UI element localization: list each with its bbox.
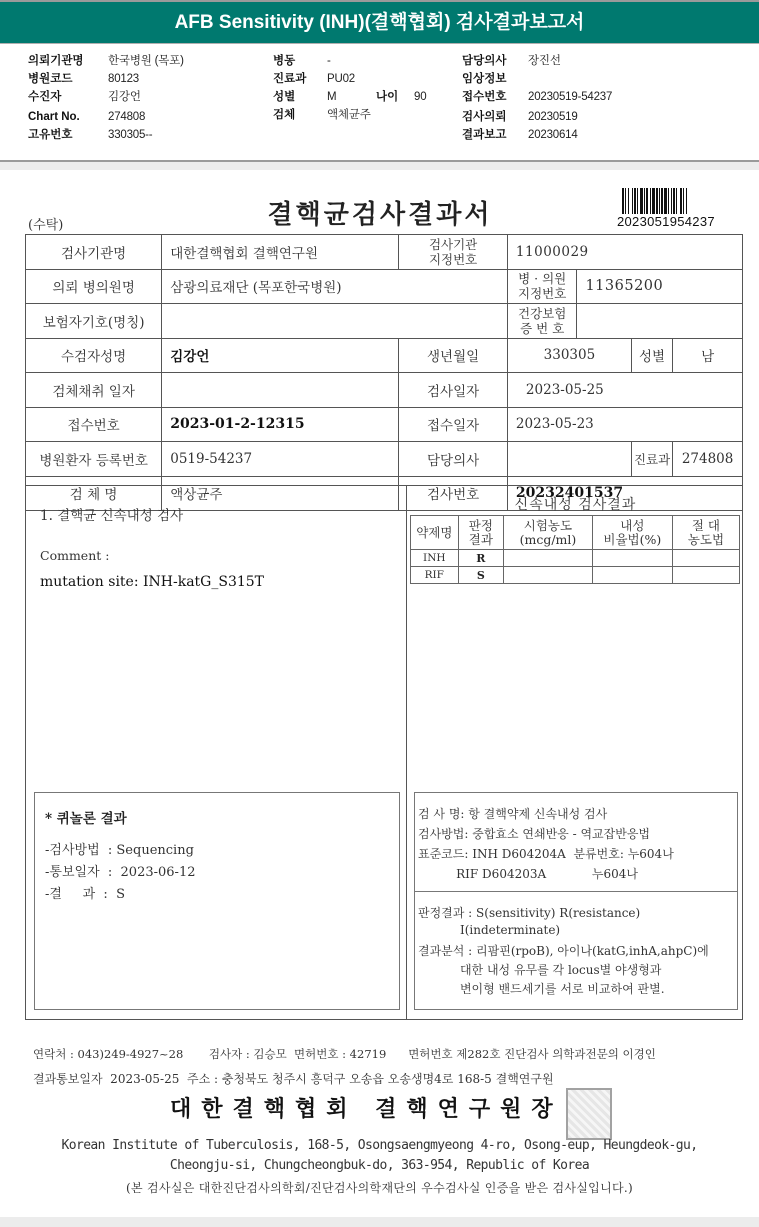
column-header: 약제명 (411, 516, 459, 550)
cell-value: 0519-54237 (162, 442, 399, 477)
quinolone-title: * 퀴놀론 결과 (45, 807, 127, 827)
cell-label: 진료과 (631, 442, 672, 477)
barcode-number: 2023051954237 (617, 214, 715, 229)
info-label: 병동 (273, 52, 327, 70)
info-label: 접수번호 (462, 88, 528, 106)
table-row: 수검자성명 김강언 생년월일 330305 성별 남 (26, 338, 743, 373)
info-label: 검체 (273, 106, 327, 124)
cell-value (162, 373, 399, 408)
standard-code-rif: RIF D604203A 누604나 (418, 865, 638, 882)
cell-value: 2023-01-2-12315 (162, 407, 399, 442)
table-row: 의뢰 병의원명 삼광의료재단 (목포한국병원) 병 · 의원 지정번호 1136… (26, 269, 743, 304)
cell-value: 330305 (507, 338, 631, 373)
cell-label: 성별 (631, 338, 672, 373)
info-label: 수진자 (28, 88, 108, 106)
english-address-line1: Korean Institute of Tuberculosis, 168-5,… (0, 1138, 759, 1153)
drug-name: INH (411, 550, 459, 567)
cell-value: 대한결핵협회 결핵연구원 (162, 235, 399, 270)
info-value: 20230614 (528, 126, 578, 144)
info-value: 20230519 (528, 108, 578, 126)
cell-value: 김강언 (162, 338, 399, 373)
cell-value: 274808 (673, 442, 743, 477)
interpretation-line: I(indeterminate) (418, 923, 560, 937)
info-institution: 의뢰기관명한국병원 (목포) (28, 52, 184, 70)
info-value: 액체균주 (327, 106, 371, 124)
info-grid-table: 검사기관명 대한결핵협회 결핵연구원 검사기관 지정번호 11000029 의뢰… (25, 234, 743, 511)
info-department: 진료과PU02 (273, 70, 355, 88)
cell-label: 수검자성명 (26, 338, 162, 373)
info-label: 담당의사 (462, 52, 528, 70)
sensitivity-table: 약제명 판정 결과 시험농도 (mcg/ml) 내성 비율법(%) 절 대 농도… (410, 515, 740, 584)
info-unique-no: 고유번호330305-- (28, 126, 152, 144)
table-row: 검체채취 일자 검사일자 2023-05-25 (26, 373, 743, 408)
column-header: 절 대 농도법 (672, 516, 739, 550)
scan-frame-top (0, 162, 759, 170)
drug-name: RIF (411, 567, 459, 584)
interpretation-line: 결과분석 : 리팜핀(rpoB), 아이나(katG,inhA,ahpC)에 (418, 942, 709, 959)
consignment-label: (수탁) (28, 214, 63, 233)
info-value: 한국병원 (목포) (108, 52, 184, 70)
info-label: 결과보고 (462, 126, 528, 144)
cell-label: 담당의사 (399, 442, 508, 477)
test-method: 검사방법: 중합효소 연쇄반응 - 역교잡반응법 (418, 825, 650, 842)
interpretation-line: 판정결과 : S(sensitivity) R(resistance) (418, 904, 640, 921)
info-value: 80123 (108, 70, 139, 88)
info-ward: 병동- (273, 52, 331, 70)
info-value: 330305-- (108, 126, 152, 144)
test-name: 검 사 명: 항 결핵약제 신속내성 검사 (418, 805, 607, 822)
info-value: 장진선 (528, 52, 561, 70)
cell-label: 보험자기호(명칭) (26, 304, 162, 339)
drug-result: S (458, 567, 503, 584)
info-value: 274808 (108, 108, 145, 126)
label-line: 검사기관 지정번호 (402, 237, 504, 267)
section-title: 1. 결핵균 신속내성 검사 (40, 504, 183, 524)
info-hospital-code: 병원코드80123 (28, 70, 139, 88)
cell-value: 삼광의료재단 (목포한국병원) (162, 269, 508, 304)
report-title: AFB Sensitivity (INH)(결핵협회) 검사결과보고서 (0, 2, 759, 43)
quinolone-method: -검사방법 : Sequencing (45, 839, 194, 858)
scan-frame-bottom (0, 1217, 759, 1227)
scanned-result-document: (수탁) 결핵균검사결과서 2023051954237 검사기관명 대한결핵협회… (0, 170, 759, 1217)
drug-concentration (504, 567, 593, 584)
info-patient: 수진자김강언 (28, 88, 141, 106)
official-seal-icon (566, 1088, 612, 1140)
cell-label: 검체채취 일자 (26, 373, 162, 408)
info-label: Chart No. (28, 108, 108, 126)
info-label: 검사의뢰 (462, 108, 528, 126)
info-request-date: 검사의뢰20230519 (462, 108, 578, 126)
cell-label: 접수번호 (26, 407, 162, 442)
info-label: 의뢰기관명 (28, 52, 108, 70)
info-label: 임상정보 (462, 70, 528, 88)
table-row: 보험자기호(명칭) 건강보험 증 번 호 (26, 304, 743, 339)
info-label: 나이 (376, 88, 414, 106)
drug-result: R (458, 550, 503, 567)
label-line: 건강보험 증 번 호 (511, 306, 574, 336)
cell-value: 2023-05-25 (507, 373, 742, 408)
cell-label: 접수일자 (399, 407, 508, 442)
cell-label: 병 · 의원 지정번호 (507, 269, 577, 304)
sensitivity-title: 신속내성 검사결과 (408, 494, 743, 514)
drug-absolute (672, 550, 739, 567)
panel-divider (406, 486, 407, 1019)
quinolone-result: -결 과 : S (45, 883, 125, 902)
info-specimen: 검체액체균주 (273, 106, 371, 124)
notice-date-address: 결과통보일자 2023-05-25 주소 : 충청북도 청주시 흥덕구 오송읍 … (33, 1070, 554, 1087)
table-row: 접수번호 2023-01-2-12315 접수일자 2023-05-23 (26, 407, 743, 442)
quinolone-result-box: * 퀴놀론 결과 -검사방법 : Sequencing -통보일자 : 2023… (34, 792, 400, 1010)
comment-label: Comment : (40, 548, 109, 563)
mutation-site: mutation site: INH-katG_S315T (40, 574, 264, 590)
method-info-box: 검 사 명: 항 결핵약제 신속내성 검사 검사방법: 중합효소 연쇄반응 - … (414, 792, 738, 892)
info-chart-no: Chart No.274808 (28, 108, 145, 126)
info-value: 김강언 (108, 88, 141, 106)
cell-value (507, 442, 631, 477)
info-clinical: 임상정보 (462, 70, 528, 88)
cell-value (162, 304, 508, 339)
result-panels: 1. 결핵균 신속내성 검사 Comment : mutation site: … (25, 485, 743, 1020)
table-row: RIF S (411, 567, 740, 584)
table-row: 병원환자 등록번호 0519-54237 담당의사 진료과 274808 (26, 442, 743, 477)
info-value: M (327, 88, 336, 106)
standard-code-inh: 표준코드: INH D604204A 분류번호: 누604나 (418, 845, 674, 862)
cell-label: 건강보험 증 번 호 (507, 304, 577, 339)
cell-label: 병원환자 등록번호 (26, 442, 162, 477)
cell-value: 남 (673, 338, 743, 373)
info-label: 성별 (273, 88, 327, 106)
cell-label: 의뢰 병의원명 (26, 269, 162, 304)
interpretation-line: 변이형 밴드세기를 서로 비교하여 판별. (418, 980, 665, 997)
title-divider (0, 43, 759, 44)
interpretation-line: 대한 내성 유무를 각 locus별 야생형과 (418, 961, 661, 978)
drug-absolute (672, 567, 739, 584)
patient-info-panel: 의뢰기관명한국병원 (목포) 병원코드80123 수진자김강언 Chart No… (0, 50, 759, 150)
info-report-date: 결과보고20230614 (462, 126, 578, 144)
cell-value: 11365200 (577, 269, 743, 304)
drug-ratio (592, 567, 672, 584)
signature-institution: 대한결핵협회 결핵연구원장 (170, 1092, 563, 1123)
table-header-row: 약제명 판정 결과 시험농도 (mcg/ml) 내성 비율법(%) 절 대 농도… (411, 516, 740, 550)
drug-concentration (504, 550, 593, 567)
document-title: 결핵균검사결과서 (230, 194, 530, 231)
info-value: 20230519-54237 (528, 88, 612, 106)
drug-ratio (592, 550, 672, 567)
interpretation-box: 판정결과 : S(sensitivity) R(resistance) I(in… (414, 891, 738, 1010)
cell-label: 검사기관 지정번호 (399, 235, 508, 270)
certification-note: (본 검사실은 대한진단검사의학회/진단검사의학재단의 우수검사실 인증을 받은… (0, 1179, 759, 1196)
column-header: 판정 결과 (458, 516, 503, 550)
info-receipt-no: 접수번호20230519-54237 (462, 88, 612, 106)
barcode-icon (622, 188, 726, 214)
info-value: 90 (414, 88, 426, 106)
table-row: INH R (411, 550, 740, 567)
info-label: 진료과 (273, 70, 327, 88)
cell-label: 생년월일 (399, 338, 508, 373)
contact-line: 연락처 : 043)249-4927~28 검사자 : 김승모 면허번호 : 4… (33, 1046, 656, 1062)
cell-value: 11000029 (507, 235, 742, 270)
info-value: - (327, 52, 331, 70)
info-sex: 성별M (273, 88, 336, 106)
info-doctor: 담당의사장진선 (462, 52, 561, 70)
info-label: 병원코드 (28, 70, 108, 88)
cell-label: 검사기관명 (26, 235, 162, 270)
quinolone-notice-date: -통보일자 : 2023-06-12 (45, 861, 196, 880)
cell-value: 2023-05-23 (507, 407, 742, 442)
table-row: 검사기관명 대한결핵협회 결핵연구원 검사기관 지정번호 11000029 (26, 235, 743, 270)
english-address-line2: Cheongju-si, Chungcheongbuk-do, 363-954,… (0, 1158, 759, 1173)
cell-value (577, 304, 743, 339)
cell-label: 검사일자 (399, 373, 508, 408)
info-value: PU02 (327, 70, 355, 88)
label-line: 병 · 의원 지정번호 (511, 271, 574, 301)
column-header: 내성 비율법(%) (592, 516, 672, 550)
column-header: 시험농도 (mcg/ml) (504, 516, 593, 550)
info-age: 나이90 (376, 88, 426, 106)
info-label: 고유번호 (28, 126, 108, 144)
